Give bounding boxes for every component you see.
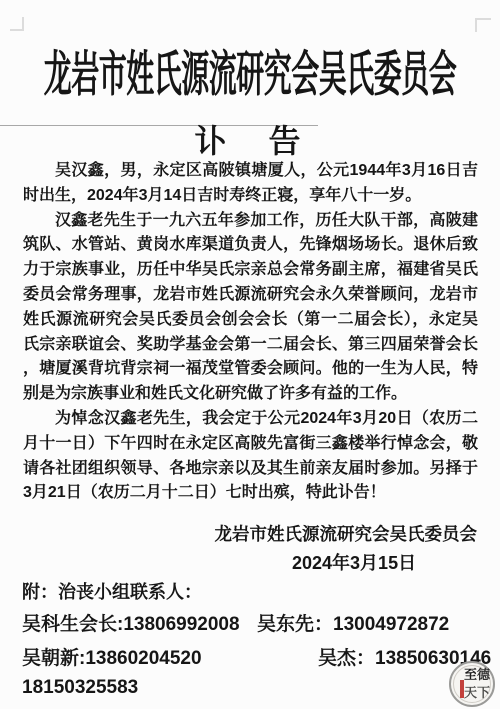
paragraph-biography: 汉鑫老先生于一九六五年参加工作，历任大队干部，高陂建筑队、水管站、黄岗水库渠道负… (23, 209, 478, 407)
paragraph-memorial-arrangements: 为悼念汉鑫老先生，我会定于公元2024年3月20日（农历二月十一日）下午四时在永… (23, 407, 478, 506)
contact-list: 吴科生会长:13806992008 吴东先：13004972872 吴朝新:13… (22, 609, 480, 709)
seal-char: 至 (464, 666, 477, 684)
crop-mark-top-right-icon (475, 18, 491, 32)
contact-row: 吴科生会长:13806992008 吴东先：13004972872 (22, 609, 480, 643)
notice-heading: 讣 告 (0, 123, 500, 160)
seal-characters: 至 德 天 下 (464, 666, 492, 706)
seal-char: 德 (477, 666, 490, 684)
contact-extra-phone: 18150325583 (22, 677, 138, 699)
org-title: 龙岩市姓氏源流研究会吴氏委员会 (0, 59, 500, 91)
contact-wu-chaoxin: 吴朝新:13860204520 (22, 643, 202, 670)
contact-wu-dongxian: 吴东先：13004972872 (257, 609, 449, 636)
signature-date: 2024年3月15日 (292, 549, 416, 575)
crop-mark-top-left-icon (10, 17, 24, 31)
signature-organization: 龙岩市姓氏源流研究会吴氏委员会 (215, 521, 478, 546)
org-title-text: 龙岩市姓氏源流研究会吴氏委员会 (44, 47, 457, 102)
watermark-seal-icon: 至 德 天 下 (449, 661, 495, 707)
contact-row: 吴朝新:13860204520 吴杰：13850630146 (22, 643, 480, 677)
seal-char: 下 (477, 684, 490, 702)
contact-wu-kesheng: 吴科生会长:13806992008 (22, 609, 240, 636)
seal-char: 天 (464, 684, 477, 702)
notice-body: 吴汉鑫，男，永定区高陂镇塘厦人，公元1944年3月16日吉时出生，2024年3月… (23, 159, 478, 506)
obituary-notice-page: 龙岩市姓氏源流研究会吴氏委员会 讣 告 吴汉鑫，男，永定区高陂镇塘厦人，公元19… (0, 0, 500, 709)
paragraph-deceased-info: 吴汉鑫，男，永定区高陂镇塘厦人，公元1944年3月16日吉时出生，2024年3月… (23, 159, 478, 209)
contact-row: 18150325583 (22, 677, 480, 709)
attachment-label: 附：治丧小组联系人： (22, 578, 202, 604)
